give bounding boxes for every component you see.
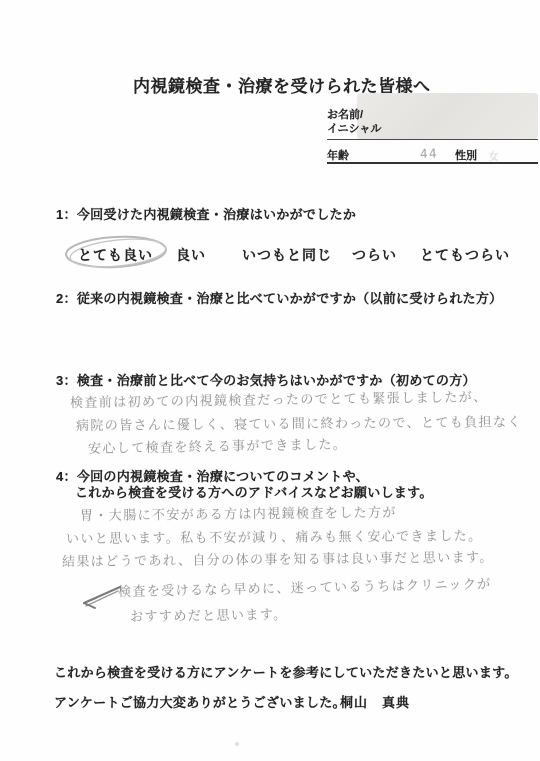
scanned-questionnaire-page: 内視鏡検査・治療を受けられた皆様へ お名前/ イニシャル 年齢 44 性別 女 …	[0, 0, 540, 761]
question-3-handwriting-line-1: 検査前は初めての内視鏡検査だったのでとても緊張しましたが、	[70, 386, 488, 411]
footer-signature: 桐山 真典	[340, 692, 410, 711]
name-field-underline	[327, 139, 538, 140]
question-1-option-very-hard: とてもつらい	[420, 245, 510, 265]
question-1-option-hard: つらい	[352, 245, 397, 265]
question-4-handwriting-line-5: おすすめだと思います。	[130, 604, 288, 625]
name-redaction-box	[357, 93, 538, 139]
sex-label: 性別	[455, 147, 477, 163]
age-handwritten-value: 44	[420, 146, 439, 161]
question-3-handwriting-line-3: 安心して検査を終える事ができました。	[88, 433, 347, 457]
header-bottom-rule	[327, 162, 538, 164]
question-1-option-good: 良い	[176, 245, 206, 265]
question-3-label: 3：検査・治療前と比べて今のお気持ちはいかがですか（初めての方）	[56, 370, 476, 389]
question-4-handwriting-line-4: 検査を受けるなら早めに、迷っているうちはクリニックが	[118, 573, 492, 600]
name-label-line2: イニシャル	[327, 120, 381, 136]
question-2-label: 2：従来の内視鏡検査・治療と比べていかがですか（以前に受けられた方）	[56, 288, 502, 307]
age-label: 年齢	[327, 147, 349, 163]
question-4-handwriting-line-1: 胃・大腸に不安がある方は内視鏡検査をした方が	[80, 502, 397, 524]
arrow-doodle-icon	[74, 583, 124, 611]
question-1-label: 1：今回受けた内視鏡検査・治療はいかがでしたか	[56, 204, 356, 223]
question-1-option-very-good: とても良い	[78, 245, 153, 265]
question-1-option-same-as-usual: いつもと同じ	[242, 245, 332, 265]
footer-line-2: アンケートご協力大変ありがとうございました。	[54, 692, 346, 711]
question-4-label-line2: これから検査を受ける方へのアドバイスなどお願いします。	[75, 482, 433, 501]
question-4-handwriting-line-2: いいと思います。私も不安が減り、痛みも無く安心できました。	[66, 525, 483, 547]
scan-artifact-dot	[235, 742, 239, 746]
question-3-handwriting-line-2: 病院の皆さんに優しく、寝ている間に終わったので、とても負担なく	[76, 411, 522, 434]
question-4-handwriting-line-3: 結果はどうであれ、自分の体の事を知る事は良い事だと思います。	[62, 546, 494, 570]
footer-line-1: これから検査を受ける方にアンケートを参考にしていただきたいと思います。	[54, 662, 518, 681]
